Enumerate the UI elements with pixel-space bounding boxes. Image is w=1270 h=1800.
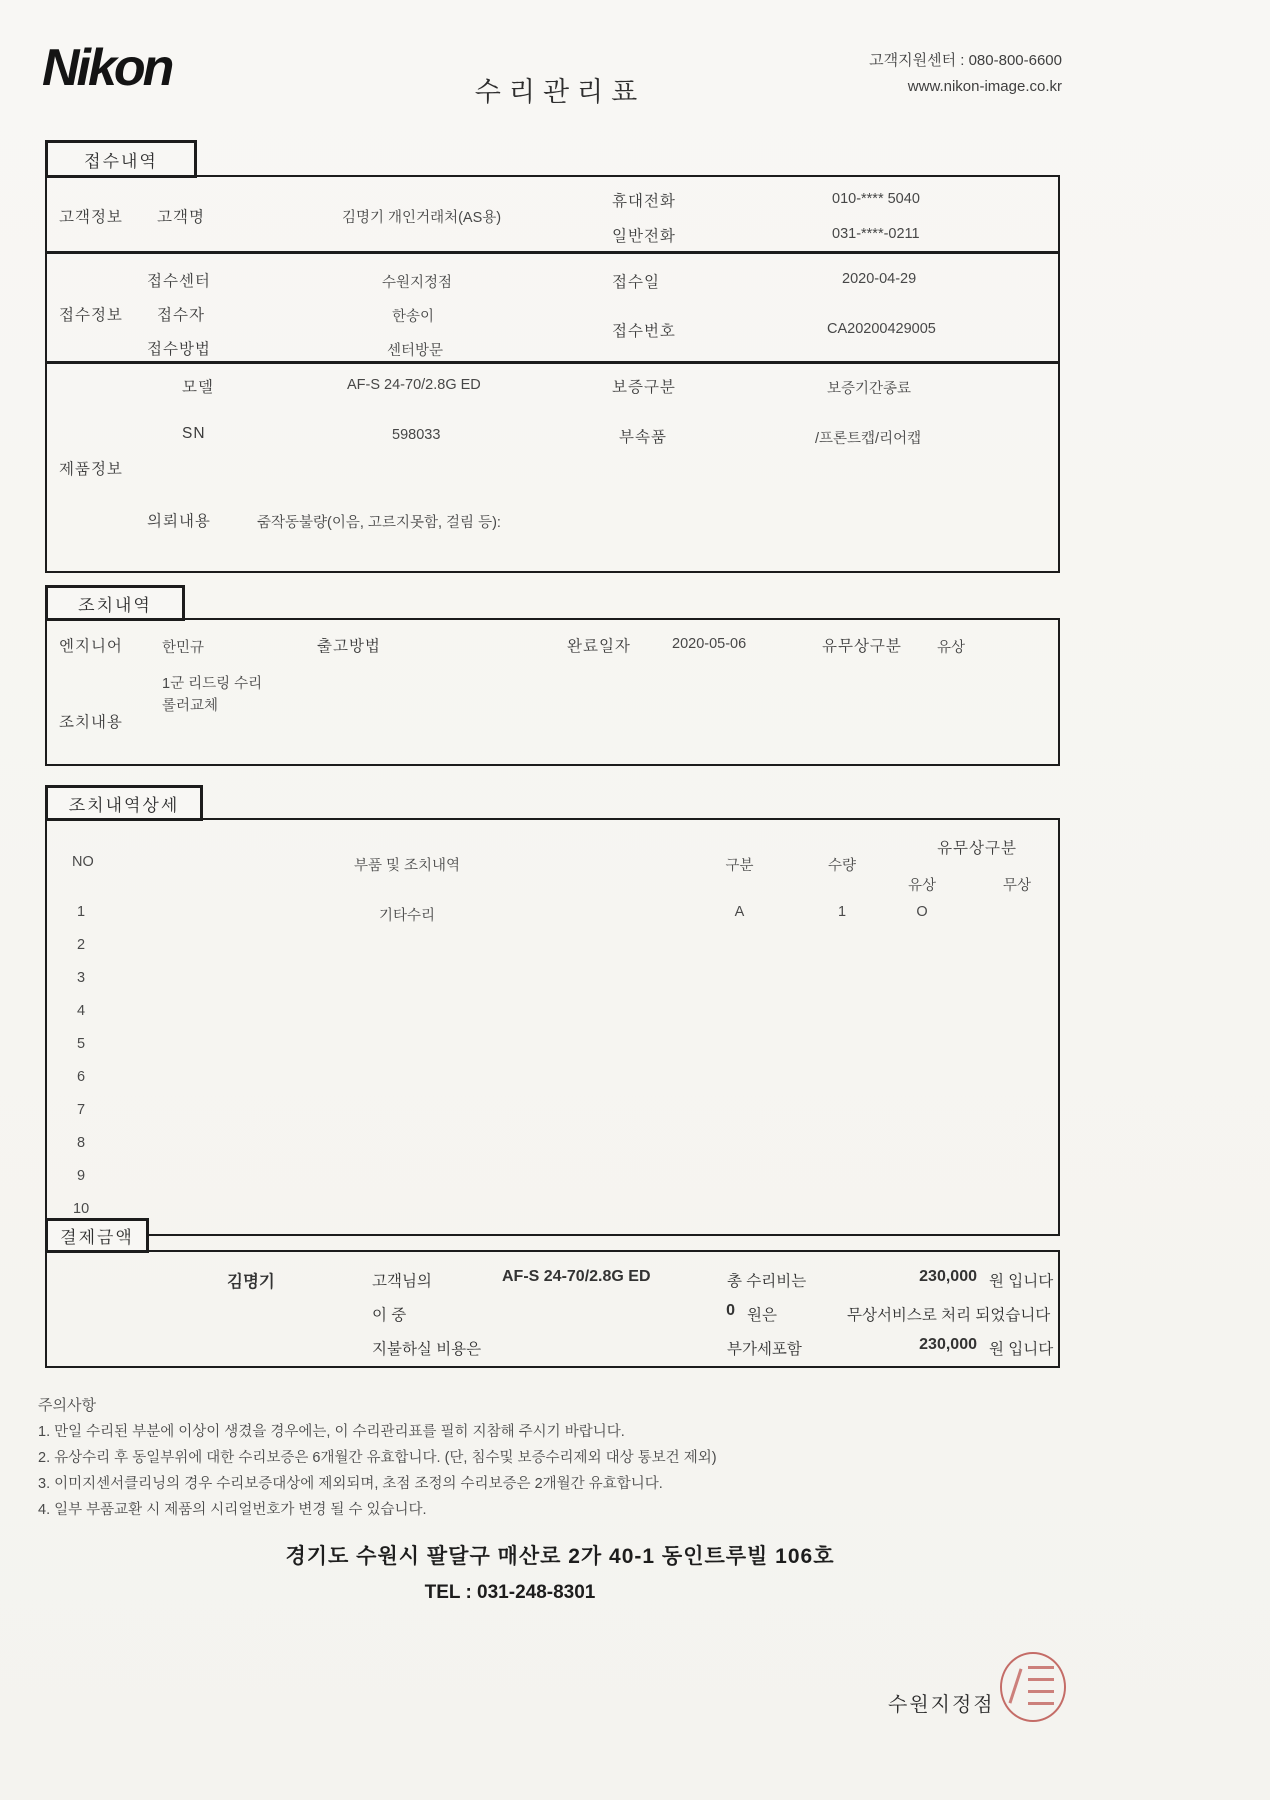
note-item: 4. 일부 부품교환 시 제품의 시리얼번호가 변경 될 수 있습니다. xyxy=(38,1497,1138,1523)
engineer-value: 한민규 xyxy=(162,636,204,657)
mobile-value: 010-**** 5040 xyxy=(832,191,920,207)
payment-customer: 김명기 xyxy=(227,1268,275,1292)
detail-row: 4 xyxy=(47,1003,1058,1019)
note-item: 2. 유상수리 후 동일부위에 대한 수리보증은 6개월간 유효합니다. (단,… xyxy=(38,1445,1138,1471)
payment-line1-suffix: 원 입니다 xyxy=(989,1269,1053,1291)
detail-row: 9 xyxy=(47,1168,1058,1184)
action-content-line2: 롤러교체 xyxy=(162,694,218,715)
detail-row: 1 기타수리 A 1 O xyxy=(47,904,1058,925)
detail-col-paid: 유상 xyxy=(892,874,952,895)
number-label: 접수번호 xyxy=(612,319,676,341)
detail-row: 10 xyxy=(47,1201,1058,1217)
payment-line1-text: 총 수리비는 xyxy=(727,1269,806,1291)
payment-table: 김명기 고객님의 AF-S 24-70/2.8G ED 총 수리비는 230,0… xyxy=(45,1250,1060,1368)
branch-stamp-icon xyxy=(1000,1652,1066,1722)
date-label: 접수일 xyxy=(612,270,660,292)
customer-group-label: 고객정보 xyxy=(59,205,123,227)
detail-row: 7 xyxy=(47,1102,1058,1118)
reception-table: 고객정보 고객명 김명기 개인거래처(AS용) 휴대전화 010-**** 50… xyxy=(45,175,1060,573)
model-label: 모델 xyxy=(182,375,214,397)
sn-label: SN xyxy=(182,425,206,443)
payment-line3-suffix: 원 입니다 xyxy=(989,1337,1053,1359)
action-table: 엔지니어 한민규 출고방법 완료일자 2020-05-06 유무상구분 유상 1… xyxy=(45,618,1060,766)
date-value: 2020-04-29 xyxy=(842,271,916,287)
payment-line2-unit: 원은 xyxy=(747,1303,777,1325)
accessory-label: 부속품 xyxy=(619,425,667,447)
method-value: 센터방문 xyxy=(387,339,443,360)
detail-row: 3 xyxy=(47,970,1058,986)
detail-tab: 조치내역상세 xyxy=(45,785,203,821)
intake-group-label: 접수정보 xyxy=(59,303,123,325)
detail-col-free: 무상 xyxy=(952,874,1082,895)
note-item: 3. 이미지센서클리닝의 경우 수리보증대상에 제외되며, 초점 조정의 수리보… xyxy=(38,1471,1138,1497)
detail-col-qty: 수량 xyxy=(792,854,892,875)
action-section: 조치내역 엔지니어 한민규 출고방법 완료일자 2020-05-06 유무상구분… xyxy=(45,585,1060,766)
request-label: 의뢰내용 xyxy=(147,509,211,531)
footer-branch: 수원지정점 xyxy=(888,1688,995,1717)
model-value: AF-S 24-70/2.8G ED xyxy=(347,377,481,393)
reception-tab: 접수내역 xyxy=(45,140,197,178)
detail-row: 5 xyxy=(47,1036,1058,1052)
request-value: 줌작동불량(이음, 고르지못함, 걸림 등): xyxy=(257,511,501,532)
center-value: 수원지정점 xyxy=(382,271,452,292)
phone-label: 일반전화 xyxy=(612,224,676,246)
payment-section: 결제금액 김명기 고객님의 AF-S 24-70/2.8G ED 총 수리비는 … xyxy=(45,1218,1060,1368)
paid-type-value: 유상 xyxy=(937,636,965,657)
complete-value: 2020-05-06 xyxy=(672,636,746,652)
complete-label: 완료일자 xyxy=(567,634,631,656)
payment-line2-amount: 0 xyxy=(695,1302,735,1320)
payment-model: AF-S 24-70/2.8G ED xyxy=(502,1268,651,1286)
payment-line2-label: 이 중 xyxy=(372,1303,406,1325)
sn-value: 598033 xyxy=(392,427,440,443)
detail-col-no: NO xyxy=(47,854,127,875)
accessory-value: /프론트캡/리어캡 xyxy=(815,427,921,448)
action-content-line1: 1군 리드링 수리 xyxy=(162,672,262,693)
paid-type-label: 유무상구분 xyxy=(822,634,902,656)
notes-section: 주의사항 1. 만일 수리된 부분에 이상이 생겼을 경우에는, 이 수리관리표… xyxy=(38,1392,1138,1523)
footer-tel: TEL : 031-248-8301 xyxy=(0,1582,1020,1604)
payment-line1-label: 고객님의 xyxy=(372,1269,432,1291)
detail-col-part: 부품 및 조치내역 xyxy=(127,854,687,875)
action-content-label: 조치내용 xyxy=(59,710,123,732)
receiver-label: 접수자 xyxy=(157,303,205,325)
detail-col-type: 구분 xyxy=(687,854,792,875)
customer-name-label: 고객명 xyxy=(157,205,205,227)
method-label: 접수방법 xyxy=(147,337,211,359)
payment-line3-label: 지불하실 비용은 xyxy=(372,1337,481,1359)
receiver-value: 한송이 xyxy=(392,305,434,326)
notes-title: 주의사항 xyxy=(38,1392,1138,1419)
payment-line2-text: 무상서비스로 처리 되었습니다 xyxy=(847,1303,1050,1325)
mobile-label: 휴대전화 xyxy=(612,189,676,211)
reception-section: 접수내역 고객정보 고객명 김명기 개인거래처(AS용) 휴대전화 010-**… xyxy=(45,140,1060,573)
phone-value: 031-****-0211 xyxy=(832,226,920,242)
action-tab: 조치내역 xyxy=(45,585,185,621)
payment-line1-amount: 230,000 xyxy=(877,1268,977,1286)
payment-line3-text: 부가세포함 xyxy=(727,1337,802,1359)
number-value: CA20200429005 xyxy=(827,321,936,337)
detail-table: 유무상구분 NO 부품 및 조치내역 구분 수량 유상 무상 1 기타수리 A … xyxy=(45,818,1060,1236)
detail-section: 조치내역상세 유무상구분 NO 부품 및 조치내역 구분 수량 유상 무상 1 … xyxy=(45,785,1060,1236)
detail-row: 8 xyxy=(47,1135,1058,1151)
footer-address: 경기도 수원시 팔달구 매산로 2가 40-1 동인트루빌 106호 xyxy=(0,1540,1120,1570)
center-label: 접수센터 xyxy=(147,269,211,291)
payment-tab: 결제금액 xyxy=(45,1218,149,1253)
warranty-value: 보증기간종료 xyxy=(827,377,911,398)
product-group-label: 제품정보 xyxy=(59,457,123,479)
support-center-line: 고객지원센터 : 080-800-6600 xyxy=(662,48,1062,74)
detail-row: 6 xyxy=(47,1069,1058,1085)
customer-name-value: 김명기 개인거래처(AS용) xyxy=(342,206,501,227)
shipping-label: 출고방법 xyxy=(317,634,381,656)
payment-line3-amount: 230,000 xyxy=(877,1336,977,1354)
detail-row: 2 xyxy=(47,937,1058,953)
note-item: 1. 만일 수리된 부분에 이상이 생겼을 경우에는, 이 수리관리표를 필히 … xyxy=(38,1419,1138,1445)
repair-form-page: Nikon 수리관리표 고객지원센터 : 080-800-6600 www.ni… xyxy=(0,0,1270,1800)
website-line: www.nikon-image.co.kr xyxy=(662,74,1062,100)
engineer-label: 엔지니어 xyxy=(59,634,123,656)
warranty-label: 보증구분 xyxy=(612,375,676,397)
